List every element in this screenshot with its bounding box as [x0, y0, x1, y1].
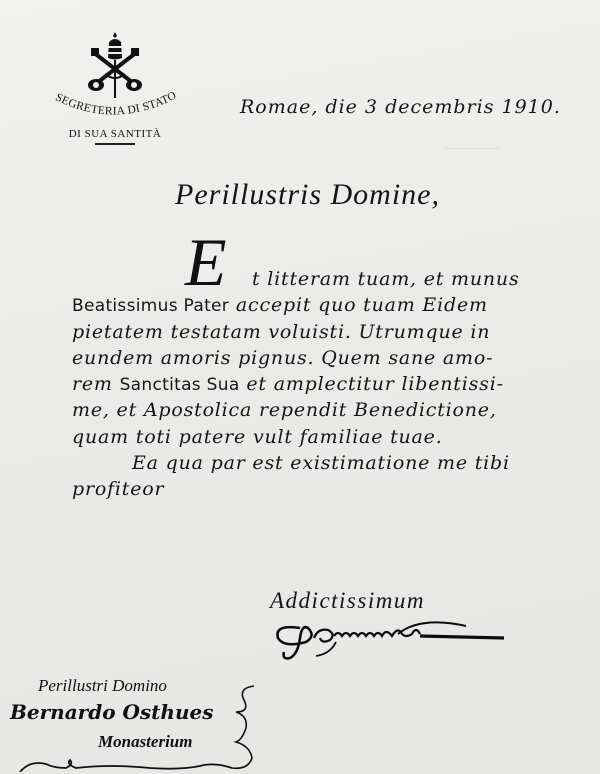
body-line: profiteor — [72, 476, 592, 502]
closing: Addictissimum — [270, 588, 425, 614]
svg-text:SEGRETERIA DI STATO: SEGRETERIA DI STATO — [53, 90, 178, 118]
body-line-text: eundem amoris pignus. Quem sane amo- — [72, 347, 493, 369]
body-line-text: Ea qua par est existimatione me tibi — [132, 452, 510, 474]
body-line-text: rem — [72, 373, 120, 395]
office-subtitle: DI SUA SANTITÀ — [40, 128, 190, 140]
body-line-text: quam toti patere vult familiae tuae. — [72, 426, 443, 448]
dateline: Romae, die 3 decembris 1910. — [240, 96, 561, 118]
body-line: pietatem testatam voluisti. Utrumque in — [72, 319, 592, 345]
letterhead: SEGRETERIA DI STATO DI SUA SANTITÀ — [40, 30, 190, 145]
address-recipient-name: Bernardo Osthues — [10, 700, 213, 724]
signature: R. Card. Merry del Val — [270, 614, 520, 660]
body-line: quam toti patere vult familiae tuae. — [72, 424, 592, 450]
body-line: Beatissimus Pater accepit quo tuam Eidem — [72, 292, 592, 318]
body-line-emphasis: Sanctitas Sua — [120, 375, 240, 395]
letterhead-rule — [95, 143, 135, 145]
body-line-text: me, et Apostolica rependit Benedictione, — [72, 399, 497, 421]
faded-stamp — [445, 134, 500, 149]
body-line: rem Sanctitas Sua et amplectitur libenti… — [72, 371, 592, 397]
address-city: Monasterium — [98, 732, 192, 752]
salutation: Perillustris Domine, — [175, 178, 440, 212]
body-line-emphasis: Beatissimus Pater — [72, 296, 229, 316]
letter-page: SEGRETERIA DI STATO DI SUA SANTITÀ Romae… — [0, 0, 600, 774]
body-line: eundem amoris pignus. Quem sane amo- — [72, 345, 592, 371]
body-line: Ea qua par est existimatione me tibi — [72, 450, 592, 476]
body-line-text: accepit quo tuam Eidem — [229, 294, 488, 316]
letter-body: t litteram tuam, et munus Beatissimus Pa… — [72, 266, 592, 503]
papal-keys-tiara-icon — [85, 30, 145, 100]
body-line: me, et Apostolica rependit Benedictione, — [72, 397, 592, 423]
body-line-text: profiteor — [72, 478, 164, 500]
body-line: t litteram tuam, et munus — [72, 266, 592, 292]
address-honorific: Perillustri Domino — [38, 676, 167, 696]
recipient-address: Perillustri Domino Bernardo Osthues Mona… — [0, 672, 300, 772]
body-line-text: et amplectitur libentissi- — [240, 373, 504, 395]
body-line-text: t litteram tuam, et munus — [252, 268, 520, 290]
body-line-text: pietatem testatam voluisti. Utrumque in — [72, 321, 490, 343]
